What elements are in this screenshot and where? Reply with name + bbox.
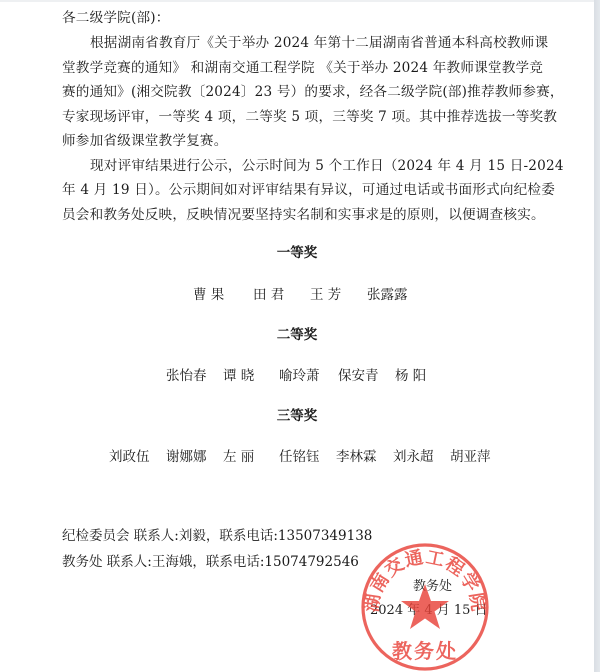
award-name: 张露露 xyxy=(367,286,408,304)
paragraph-line: 现对评审结果进行公示，公示时间为 5 个工作日（2024 年 4 月 15 日-… xyxy=(90,157,504,175)
award-name: 胡亚萍 xyxy=(450,448,491,466)
award-name: 李林霖 xyxy=(336,448,377,466)
paragraph-line: 专家现场评审，一等奖 4 项，二等奖 5 项，三等奖 7 项。其中推荐选拔一等奖… xyxy=(62,108,504,126)
seal-star-icon xyxy=(401,584,449,629)
award-name: 谭 晓 xyxy=(223,367,254,385)
official-seal-icon: 湖南交通工程学院 教务处 xyxy=(358,540,492,672)
paragraph-line: 年 4 月 19 日）。公示期间如对评审结果有异议，可通过电话或书面形式向纪检委 xyxy=(62,181,504,199)
seal-center-text: 教务处 xyxy=(392,639,458,663)
award-name: 刘永超 xyxy=(393,448,434,466)
contact-discipline-committee: 纪检委员会 联系人:刘毅，联系电话:13507349138 xyxy=(62,527,372,545)
page-right-edge xyxy=(594,0,600,672)
award-name: 田 君 xyxy=(253,286,284,304)
award-name: 左 丽 xyxy=(223,448,254,466)
award-name: 谢娜娜 xyxy=(166,448,207,466)
paragraph-line: 赛的通知》(湘交院教〔2024〕23 号）的要求，经各二级学院(部)推荐教师参赛… xyxy=(62,83,504,101)
award-name: 王 芳 xyxy=(310,286,341,304)
paragraph-line: 员会和教务处反映，反映情况要坚持实名制和实事求是的原则，以便调查核实。 xyxy=(62,206,504,224)
award-heading-second: 二等奖 xyxy=(0,326,594,344)
award-heading-third: 三等奖 xyxy=(0,407,594,425)
award-name: 保安青 xyxy=(338,367,379,385)
award-name: 喻玲萧 xyxy=(279,367,320,385)
salutation: 各二级学院(部)： xyxy=(62,9,504,27)
paragraph-line: 根据湖南省教育厅《关于举办 2024 年第十二届湖南省普通本科高校教师课 xyxy=(90,34,504,52)
award-name: 任铭钰 xyxy=(279,448,320,466)
contact-academic-affairs: 教务处 联系人:王海娥，联系电话:15074792546 xyxy=(62,553,359,571)
paragraph-line: 堂教学竞赛的通知》 和湖南交通工程学院 《关于举办 2024 年教师课堂教学竞 xyxy=(62,59,504,77)
award-name: 杨 阳 xyxy=(395,367,426,385)
award-name: 曹 果 xyxy=(193,286,224,304)
award-name: 刘政伍 xyxy=(109,448,150,466)
document-page: 各二级学院(部)： 根据湖南省教育厅《关于举办 2024 年第十二届湖南省普通本… xyxy=(0,0,594,672)
award-heading-first: 一等奖 xyxy=(0,244,594,262)
award-name: 张怡春 xyxy=(166,367,207,385)
paragraph-line: 师参加省级课堂教学复赛。 xyxy=(62,132,504,150)
